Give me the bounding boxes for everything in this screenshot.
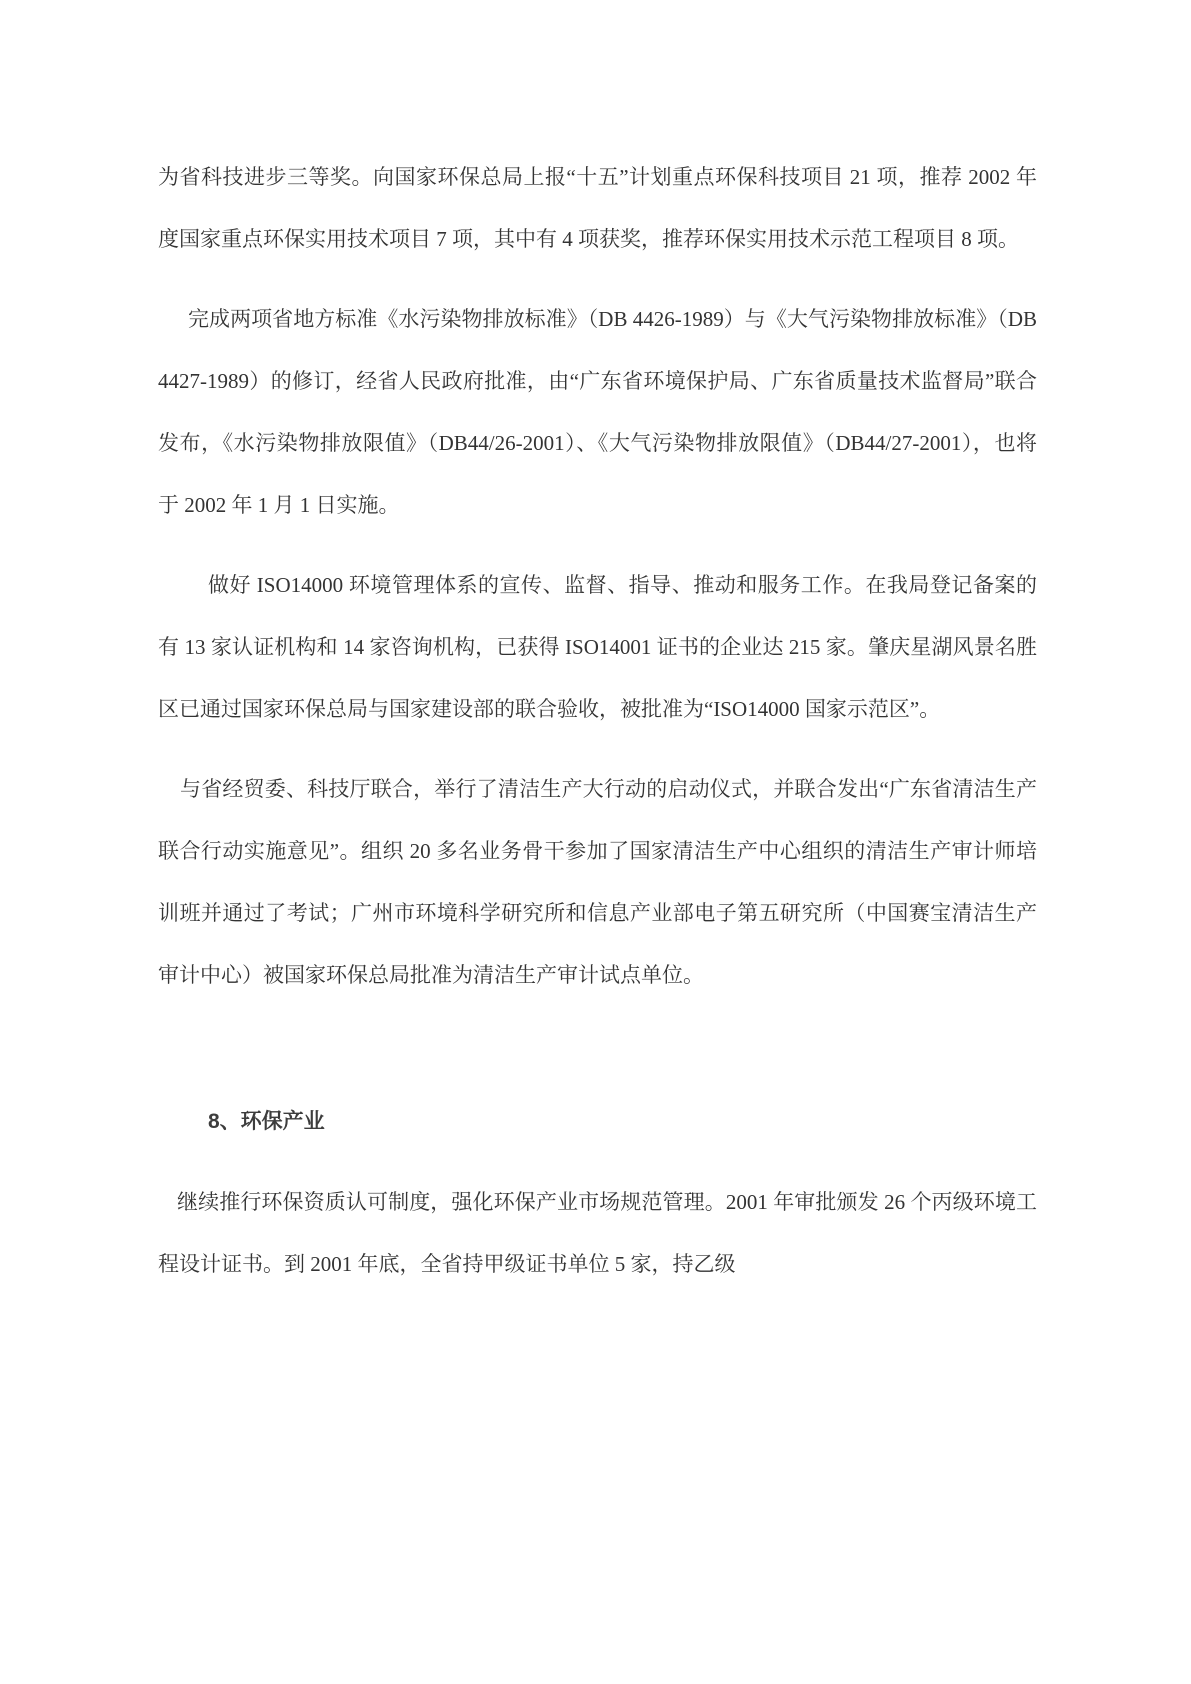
document-page: 为省科技进步三等奖。向国家环保总局上报“十五”计划重点环保科技项目 21 项，推… — [0, 0, 1191, 1684]
paragraph: 完成两项省地方标准《水污染物排放标准》（DB 4426-1989）与《大气污染物… — [158, 288, 1037, 536]
paragraph: 继续推行环保资质认可制度，强化环保产业市场规范管理。2001 年审批颁发 26 … — [158, 1171, 1037, 1295]
section-heading: 8、环保产业 — [158, 1091, 1037, 1153]
document-body: 为省科技进步三等奖。向国家环保总局上报“十五”计划重点环保科技项目 21 项，推… — [158, 146, 1037, 1295]
paragraph: 与省经贸委、科技厅联合，举行了清洁生产大行动的启动仪式，并联合发出“广东省清洁生… — [158, 758, 1037, 1006]
paragraph: 做好 ISO14000 环境管理体系的宣传、监督、指导、推动和服务工作。在我局登… — [158, 554, 1037, 740]
paragraph: 为省科技进步三等奖。向国家环保总局上报“十五”计划重点环保科技项目 21 项，推… — [158, 146, 1037, 270]
